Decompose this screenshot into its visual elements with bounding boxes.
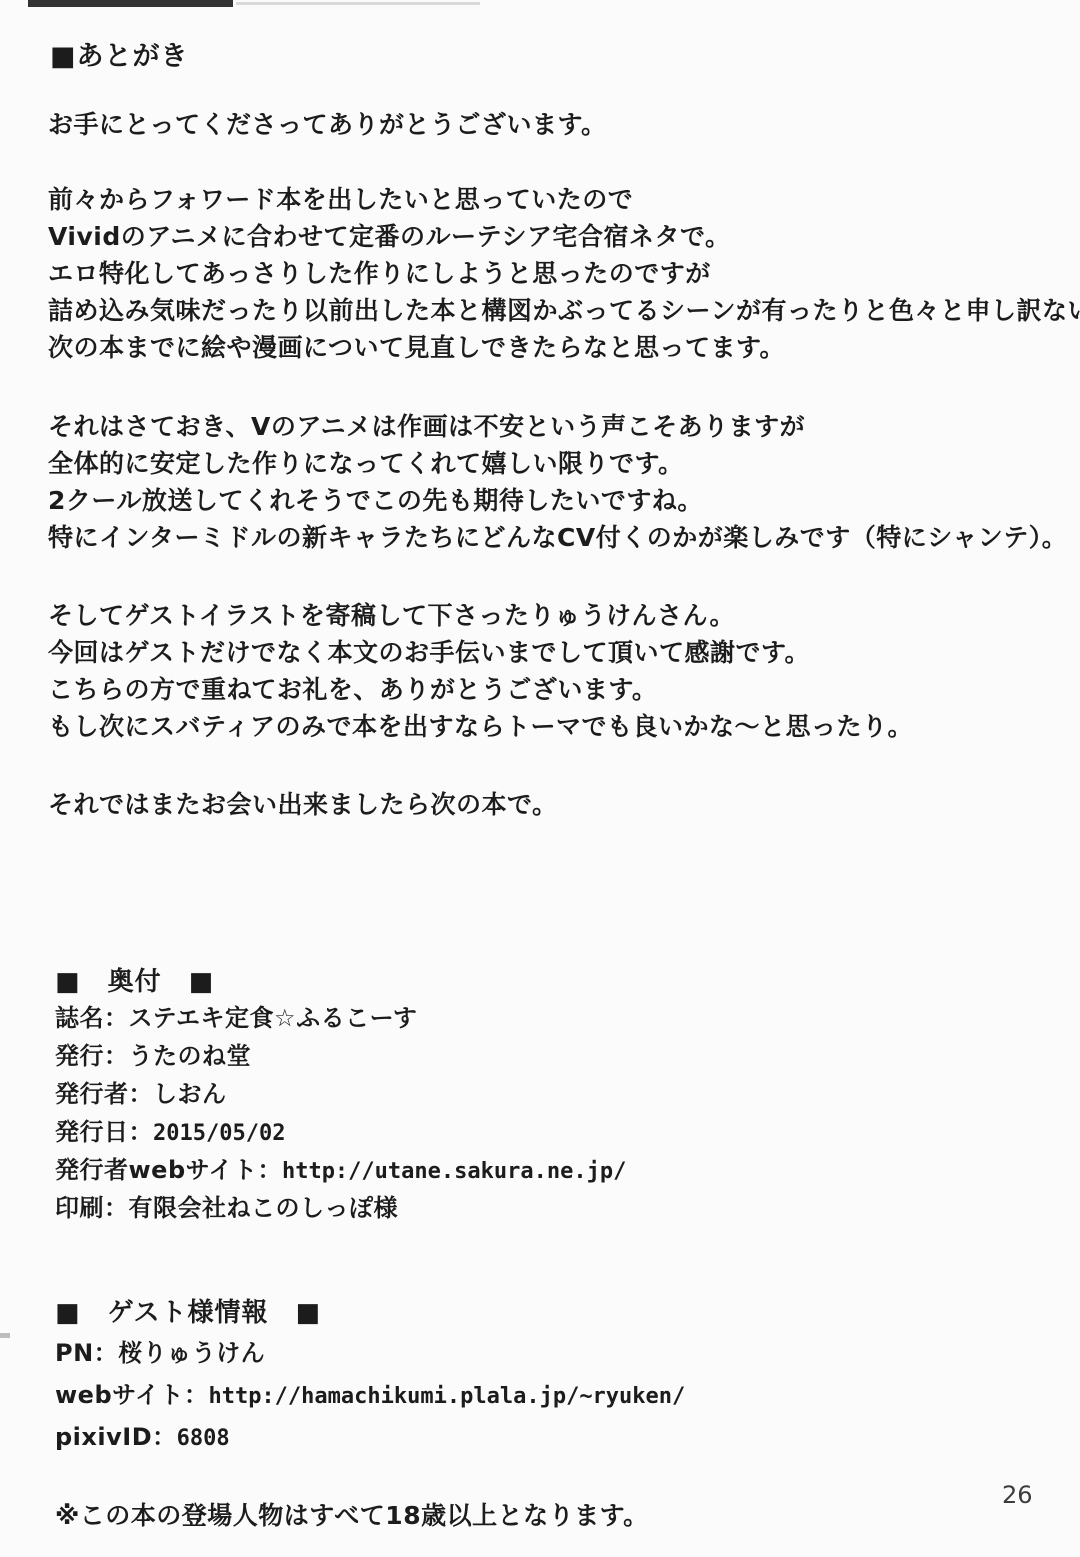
paragraph-line: Vividのアニメに合わせて定番のルーテシア宅合宿ネタで。 <box>48 218 1080 255</box>
guest-info-heading: ■ ゲスト様情報 ■ <box>55 1292 321 1329</box>
paragraph-line: 次の本までに絵や漫画について見直しできたらなと思ってます。 <box>48 329 1080 366</box>
afterword-paragraph: それはさておき、Vのアニメは作画は不安という声こそありますが 全体的に安定した作… <box>48 408 1067 556</box>
paragraph-line: こちらの方で重ねてお礼を、ありがとうございます。 <box>48 671 913 708</box>
scanned-afterword-page: ■あとがき お手にとってくださってありがとうございます。 前々からフォワード本を… <box>0 0 1080 1557</box>
colophon-value: 有限会社ねこのしっぽ様 <box>129 1194 399 1222</box>
paragraph-line: 今回はゲストだけでなく本文のお手伝いまでして頂いて感謝です。 <box>48 634 913 671</box>
colophon-label: 発行： <box>55 1042 129 1070</box>
guest-pixiv-id: 6808 <box>177 1426 230 1451</box>
colophon-value: うたのね堂 <box>129 1042 252 1070</box>
colophon-row-author: 発行者：しおん <box>55 1075 626 1113</box>
colophon-value: 2015/05/02 <box>153 1121 285 1146</box>
paragraph-line: お手にとってくださってありがとうございます。 <box>48 106 607 143</box>
guest-row-pixiv-id: pixivID：6808 <box>55 1416 685 1458</box>
colophon-row-title: 誌名：ステエキ定食☆ふるこーす <box>55 999 626 1037</box>
colophon-website-url: http://utane.sakura.ne.jp/ <box>282 1159 626 1184</box>
paragraph-line: そしてゲストイラストを寄稿して下さったりゅうけんさん。 <box>48 597 913 634</box>
afterword-paragraph: お手にとってくださってありがとうございます。 <box>48 106 607 143</box>
guest-label: webサイト： <box>55 1381 208 1409</box>
guest-value: 桜りゅうけん <box>118 1339 265 1367</box>
paragraph-line: エロ特化してあっさりした作りにしようと思ったのですが <box>48 255 1080 292</box>
scan-artifact-edge-dash <box>0 1333 10 1338</box>
colophon-value: しおん <box>153 1080 227 1108</box>
colophon-label: 発行者webサイト： <box>55 1156 282 1184</box>
colophon-row-publisher-circle: 発行：うたのね堂 <box>55 1037 626 1075</box>
paragraph-line: 2クール放送してくれそうでこの先も期待したいですね。 <box>48 482 1067 519</box>
colophon-row-website: 発行者webサイト：http://utane.sakura.ne.jp/ <box>55 1151 626 1189</box>
paragraph-line: それではまたお会い出来ましたら次の本で。 <box>48 786 558 823</box>
paragraph-line: 特にインターミドルの新キャラたちにどんなCV付くのかが楽しみです（特にシャンテ）… <box>48 519 1067 556</box>
age-disclaimer-note: ※この本の登場人物はすべて18歳以上となります。 <box>55 1496 649 1532</box>
guest-info-rows: PN：桜りゅうけん webサイト：http://hamachikumi.plal… <box>55 1332 685 1458</box>
colophon-label: 印刷： <box>55 1194 129 1222</box>
paragraph-line: 前々からフォワード本を出したいと思っていたので <box>48 181 1080 218</box>
paragraph-line: もし次にスバティアのみで本を出すならトーマでも良いかな～と思ったり。 <box>48 708 913 745</box>
scan-artifact-top-bar <box>28 0 233 7</box>
colophon-row-publish-date: 発行日：2015/05/02 <box>55 1113 626 1151</box>
afterword-paragraph: それではまたお会い出来ましたら次の本で。 <box>48 786 558 823</box>
colophon-rows: 誌名：ステエキ定食☆ふるこーす 発行：うたのね堂 発行者：しおん 発行日：201… <box>55 999 626 1227</box>
guest-row-pen-name: PN：桜りゅうけん <box>55 1332 685 1374</box>
afterword-paragraph: 前々からフォワード本を出したいと思っていたので Vividのアニメに合わせて定番… <box>48 181 1080 366</box>
colophon-heading: ■ 奥付 ■ <box>55 961 214 998</box>
guest-label: pixivID： <box>55 1423 177 1451</box>
guest-row-website: webサイト：http://hamachikumi.plala.jp/~ryuk… <box>55 1374 685 1416</box>
colophon-value: ステエキ定食☆ふるこーす <box>129 1004 418 1032</box>
paragraph-line: それはさておき、Vのアニメは作画は不安という声こそありますが <box>48 408 1067 445</box>
paragraph-line: 詰め込み気味だったり以前出した本と構図かぶってるシーンが有ったりと色々と申し訳な… <box>48 292 1080 329</box>
colophon-label: 発行日： <box>55 1118 153 1146</box>
colophon-row-printer: 印刷：有限会社ねこのしっぽ様 <box>55 1189 626 1227</box>
colophon-label: 誌名： <box>55 1004 129 1032</box>
scan-artifact-top-bar-faint <box>236 2 480 5</box>
paragraph-line: 全体的に安定した作りになってくれて嬉しい限りです。 <box>48 445 1067 482</box>
afterword-heading: ■あとがき <box>50 34 189 73</box>
afterword-paragraph: そしてゲストイラストを寄稿して下さったりゅうけんさん。 今回はゲストだけでなく本… <box>48 597 913 745</box>
colophon-label: 発行者： <box>55 1080 153 1108</box>
page-number: 26 <box>1002 1481 1033 1509</box>
guest-website-url: http://hamachikumi.plala.jp/~ryuken/ <box>208 1384 685 1409</box>
guest-label: PN： <box>55 1339 118 1367</box>
